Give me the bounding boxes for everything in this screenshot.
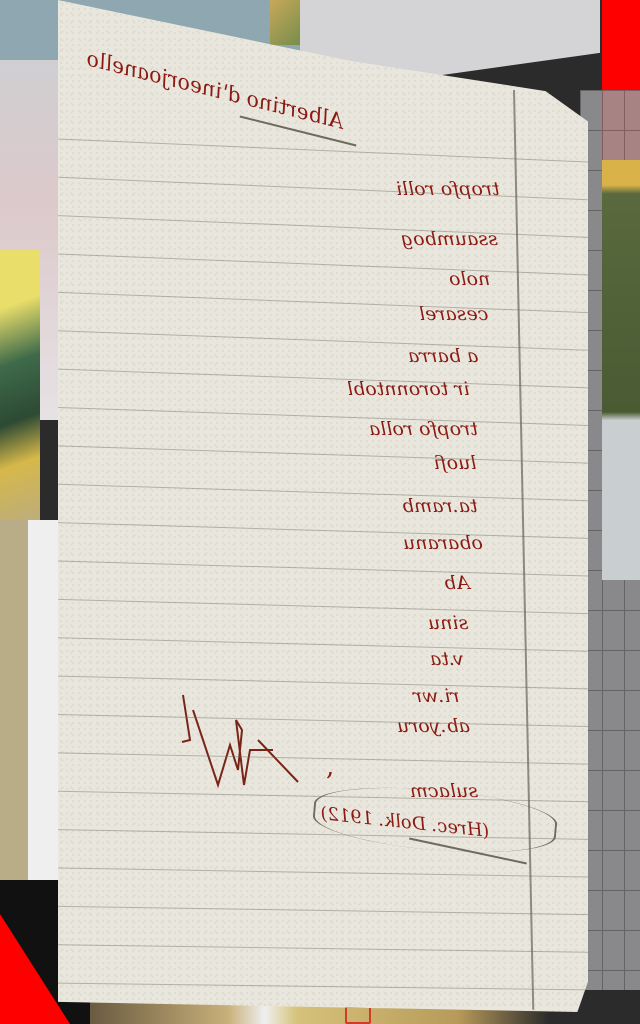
ruled-line: [58, 676, 588, 690]
note-line: tropfo rolli: [396, 178, 500, 200]
ruled-line: [58, 944, 588, 953]
ruled-line: [58, 867, 588, 877]
ruled-line: [58, 484, 588, 501]
background-ornament-left: [0, 250, 40, 530]
ruled-line: [58, 522, 588, 539]
note-line: ta.ramb: [402, 495, 478, 517]
ruled-line: [58, 292, 588, 313]
note-line: ri.wr: [413, 685, 460, 707]
note-line: sinu: [428, 612, 468, 634]
ruled-line: [58, 983, 588, 991]
ruled-line: [58, 561, 588, 577]
ruled-line: [58, 599, 588, 614]
ruled-line: [58, 445, 588, 463]
note-line: v.ta: [430, 648, 463, 670]
ruled-line: [58, 637, 588, 652]
ruled-line: [58, 906, 588, 915]
ruled-line: [58, 138, 588, 162]
background-ornament-right: [602, 160, 640, 580]
ruled-line: [58, 215, 588, 238]
signature: [178, 690, 348, 790]
lined-paper-note: Albertino d'ineorjoanello tropfo rolliss…: [58, 0, 588, 1012]
ruled-line: [58, 254, 588, 276]
note-line: Ab: [444, 572, 470, 594]
ruled-line: [58, 177, 588, 200]
ruled-line: [58, 369, 588, 389]
ruled-line: [58, 407, 588, 426]
note-line: luofi: [434, 452, 476, 474]
ruled-line: [58, 330, 588, 350]
note-line: a barra: [408, 345, 478, 367]
signature-comma: ,: [326, 752, 334, 782]
note-title: Albertino d'ineorjoanello: [84, 46, 346, 133]
margin-line: [513, 90, 534, 1010]
stamp-icon: [345, 1006, 371, 1024]
note-line: ab.yoru: [397, 715, 470, 737]
